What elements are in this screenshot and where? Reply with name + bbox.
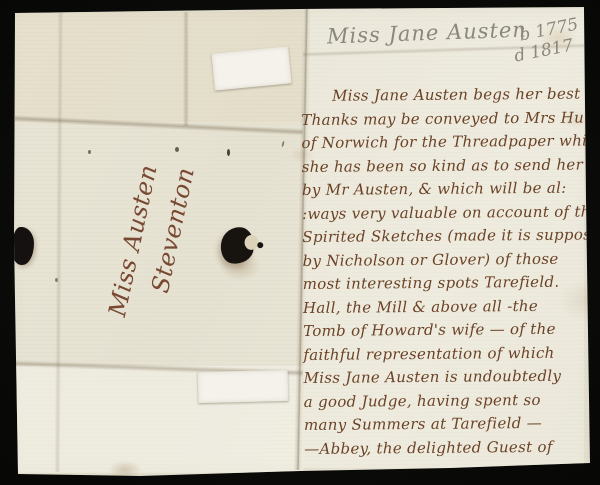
- letter-line: :ways very valuable on account of the: [302, 200, 600, 226]
- ink-speck: [55, 278, 58, 282]
- letter-line: Miss Jane Austen is undoubtedly: [303, 364, 600, 390]
- letter-line: many Summers at Tarefield —: [304, 411, 600, 437]
- letter-line: faithful representation of which: [303, 341, 600, 367]
- fold-crease-vertical-left: [54, 12, 63, 472]
- letter-line: Hall, the Mill & above all -the: [303, 294, 600, 320]
- letter-line: of Norwich for the Threadpaper which: [301, 129, 600, 155]
- letter-line: —Abbey, the delighted Guest of: [304, 435, 600, 461]
- ink-speck: [281, 141, 284, 147]
- fold-crease-horizontal-left-top: [15, 115, 303, 136]
- letter-line: a good Judge, having spent so: [304, 388, 600, 414]
- photo-background: Miss Austen Steventon Miss Jane Austen b…: [0, 0, 600, 485]
- letter-line: by Nicholson or Glover) of those: [302, 247, 600, 273]
- fold-crease-vertical-left-upper: [183, 12, 189, 126]
- address-panel: Miss Austen Steventon: [99, 156, 205, 327]
- letter-line: Spirited Sketches (made it is supposed: [302, 223, 600, 249]
- wax-seal-droplet: [257, 242, 264, 249]
- wax-seal-center: [219, 225, 257, 266]
- pencil-death-year: d 1817: [513, 36, 575, 67]
- ink-speck: [175, 147, 179, 152]
- wax-seal-left: [12, 227, 34, 265]
- letter-line: she has been so kind as to send her: [302, 153, 600, 179]
- letter-line: most interesting spots Tarefield.: [303, 270, 600, 296]
- pencil-name: Miss Jane Austen: [327, 18, 528, 49]
- archival-label-top: [211, 46, 291, 90]
- letter-line: Thanks may be conveyed to Mrs Hunter: [301, 106, 600, 132]
- ink-speck: [88, 150, 91, 154]
- fold-crease-horizontal-right-top: [303, 43, 584, 57]
- letter-body: Miss Jane Austen begs her bestThanks may…: [301, 82, 600, 461]
- archival-label-bottom: [198, 370, 289, 403]
- letter-line: Miss Jane Austen begs her best: [301, 82, 600, 108]
- letter-line: by Mr Austen, & which will be al:: [302, 176, 600, 202]
- letter-line: Tomb of Howard's wife — of the: [303, 317, 600, 343]
- ink-speck: [227, 149, 230, 156]
- pencil-birth-year: b 1775: [518, 15, 580, 46]
- letter-sheet: Miss Austen Steventon Miss Jane Austen b…: [0, 0, 600, 485]
